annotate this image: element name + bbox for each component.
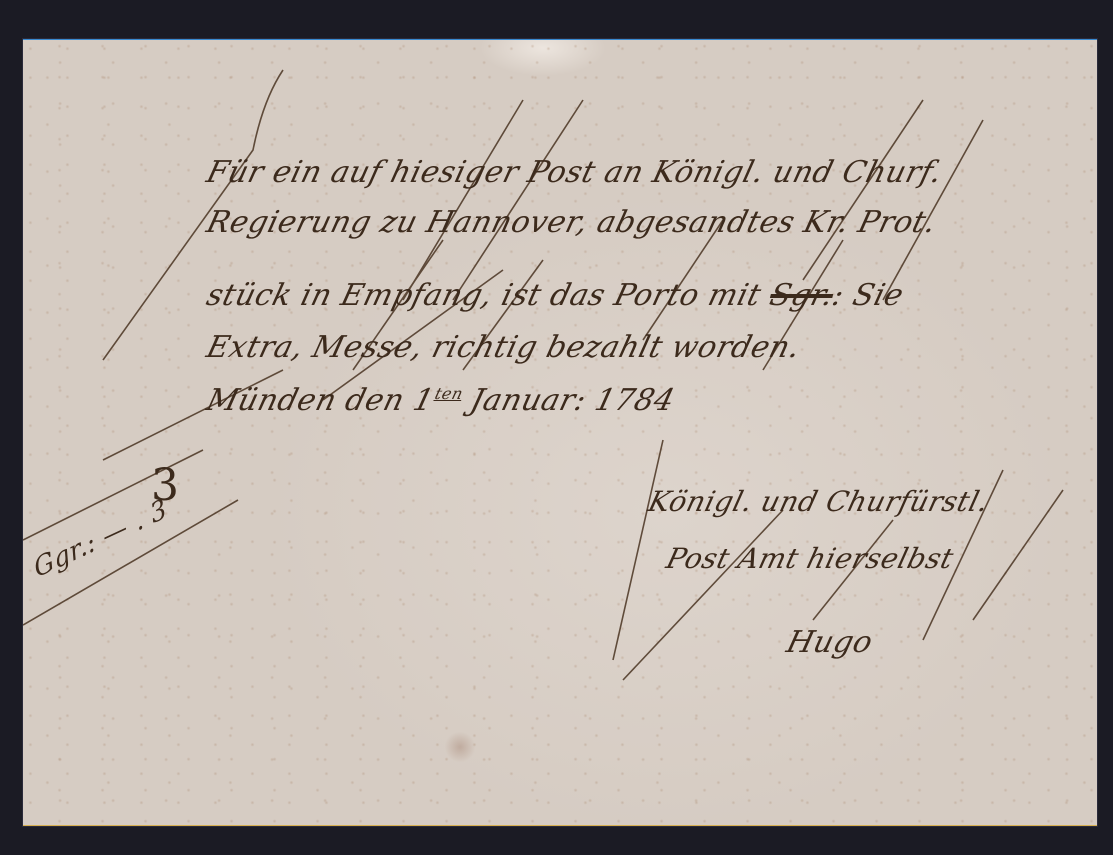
- date-month: Januar:: [467, 383, 590, 418]
- struck-word: Sgr.: [766, 278, 837, 313]
- body-line-4: Extra, Messe, richtig bezahlt worden.: [203, 330, 804, 365]
- body-line-2: Regierung zu Hannover, abgesandtes Kr. P…: [203, 205, 940, 240]
- date-day: den 1: [342, 383, 438, 418]
- body-line-3: stück in Empfang, ist das Porto mit Sgr.…: [203, 278, 907, 313]
- signature-office-line-1: Königl. und Churfürstl.: [645, 485, 992, 518]
- body-line-3-suffix: : Sie: [829, 278, 908, 313]
- date-line: Münden den 1ten Januar: 1784: [203, 383, 678, 418]
- margin-amount: 3: [151, 460, 180, 511]
- document-paper: Für ein auf hiesiger Post an Königl. und…: [23, 39, 1097, 826]
- date-year: 1784: [591, 383, 678, 418]
- signature-name: Hugo: [783, 625, 876, 660]
- signature-office-line-2: Post Amt hierselbst: [663, 542, 957, 575]
- date-place: Münden: [203, 383, 340, 418]
- date-day-suffix: ten: [433, 384, 465, 403]
- body-line-3-text: stück in Empfang, ist das Porto mit: [203, 278, 765, 313]
- body-line-1: Für ein auf hiesiger Post an Königl. und…: [203, 155, 946, 190]
- margin-note: Ggr.: — . 3: [31, 494, 170, 585]
